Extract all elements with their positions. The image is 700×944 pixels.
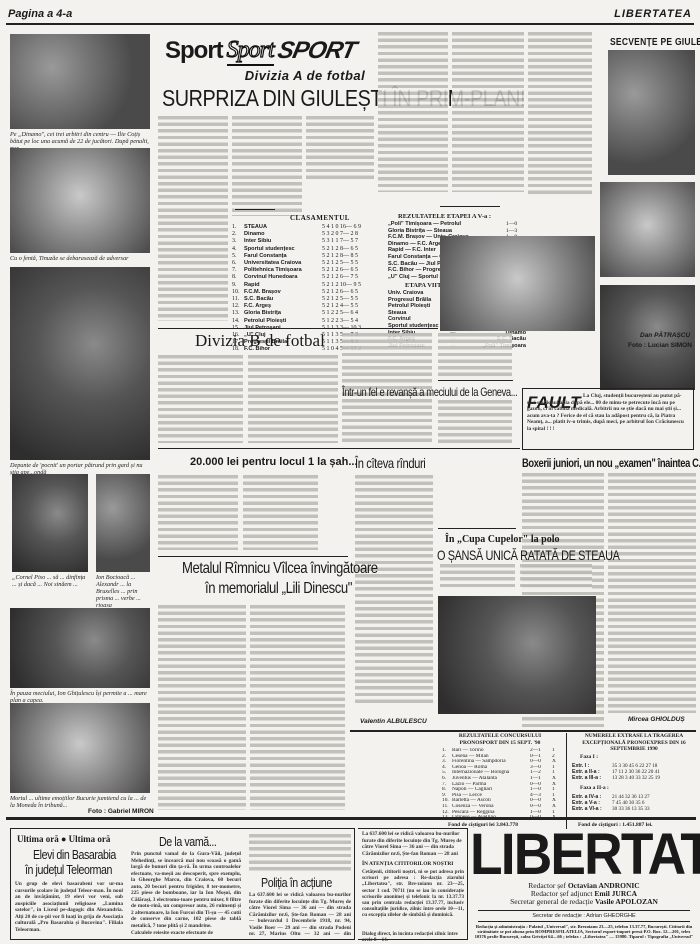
readers-notice-body: Cetățenii, cititorii noștri, ni se pot a…	[362, 869, 464, 919]
pronoexpres-phase-1: Faza I :	[580, 754, 598, 760]
article-text-column	[158, 116, 228, 321]
table-row: 9.Rapid5 2 1 2 10— 9 5	[232, 282, 377, 289]
divider	[350, 730, 696, 732]
article-text-column	[248, 355, 338, 443]
last-hour-headline-line-2: în județul Teleorman	[25, 863, 112, 877]
divider	[158, 448, 520, 449]
divizia-b-headline: Divizia B de fotbal	[195, 331, 325, 351]
article-text-column	[306, 116, 374, 181]
police-body: La 637.600 lei se ridică valoarea bu-nur…	[249, 892, 351, 937]
article-text-column	[438, 333, 512, 378]
basketball-headline-line-1: Metalul Rîmnicu Vîlcea învingătoare	[182, 560, 378, 578]
customs-body-tail: Calculele reiesite exacte efectuate de	[131, 930, 241, 936]
masthead-secretary: Secretar de redacție : Adrian GHEORGHE	[470, 913, 698, 919]
article-author: Dan PĂTRAȘCU	[640, 332, 690, 339]
article-text-column	[438, 400, 512, 445]
photo-caption: În pauza meciului, Ion Ghițulescu își pe…	[10, 690, 150, 704]
photo-portrait-1	[12, 474, 88, 572]
staff-line: Secretar general de redacție Vasile APOL…	[470, 898, 698, 906]
boxing-headline: Boxerii juniori, un nou „examen" înainte…	[522, 456, 700, 470]
article-text-column	[243, 475, 318, 550]
pronosport-table: 1.Bari — Torino2—11 2.Cesena — Milan0—12…	[442, 748, 562, 821]
article-text-column	[378, 32, 448, 192]
photo-credit: Foto : Gabriel MIRON	[88, 808, 154, 815]
table-row: „Poli" Timișoara — Petrolul1—0	[388, 221, 526, 228]
photo-series-title: SECVENȚE PE GIULEȘTI	[610, 37, 700, 48]
masthead-staff: Redactor șef Octavian ANDRONIC Redactor …	[470, 882, 698, 906]
article-text-column	[608, 473, 696, 713]
photo-giulesti-2	[600, 182, 695, 277]
photo-portrait-2	[96, 474, 150, 572]
photo-fence	[10, 267, 150, 460]
short-news-headline: În cîteva rînduri	[355, 455, 425, 471]
basketball-headline-line-2: în memorialul „Lili Dinescu"	[205, 580, 352, 598]
masthead-address: Redacția și administrația : Palatul „Uni…	[472, 924, 696, 940]
table-row: 12.F.C. Argeș5 2 1 2 4— 5 5	[232, 303, 377, 310]
police-body-continued: La 637.600 lei se ridică valoarea bu-nur…	[362, 831, 462, 857]
readers-notice-box: La 637.600 lei se ridică valoarea bu-nur…	[358, 828, 468, 940]
standings-title: CLASAMENTUL	[290, 214, 350, 222]
article-author: Valentin ALBULESCU	[360, 718, 427, 725]
photo-referees	[10, 34, 150, 129]
divider	[478, 921, 690, 922]
running-head-paper-name: LIBERTATEA	[614, 8, 692, 20]
table-row: 7.Politehnica Timișoara5 2 1 2 6— 6 5	[232, 267, 377, 274]
divider	[440, 206, 500, 207]
photo-giulesti-wide	[440, 236, 595, 331]
table-row: 13.Gloria Bistrița5 1 2 2 5— 6 4	[232, 310, 377, 317]
article-text-column	[232, 116, 302, 216]
photo-credit: Foto : Lucian SIMON	[628, 342, 692, 349]
divider	[566, 733, 567, 829]
pronoexpres-phase-2-table: Extr. a IV-a :21 44 32 36 13 27 Extr. a …	[572, 794, 696, 813]
sport-logo-word-3: SPORT	[275, 37, 358, 65]
table-row: Extr. a VI-a :30 33 36 13 35 33	[572, 806, 696, 812]
customs-continuation	[249, 834, 351, 872]
photo-polo	[438, 596, 596, 714]
table-row: 8.Corvinul Hunedoara5 2 1 2 6— 7 5	[232, 274, 377, 281]
masthead-title: LIBERTATEA	[470, 826, 700, 884]
table-row: 2.Dinamo5 3 2 0 7— 2 8	[232, 231, 377, 238]
article-text-column	[158, 355, 243, 443]
article-text-column	[520, 564, 592, 590]
table-row: Gloria Bistrița — Steaua1—3	[388, 228, 526, 235]
table-row: 1.STEAUA5 4 1 0 16— 6 9	[232, 224, 377, 231]
sport-logo-word-2: Sport	[227, 37, 274, 66]
polo-kicker: În „Cupa Cupelor" la polo	[445, 534, 559, 545]
divider	[438, 380, 513, 381]
header-rule	[6, 23, 694, 25]
dinamo-headline: Într-un fel e revanșă a meciului de la G…	[342, 385, 517, 399]
article-text-column	[440, 564, 515, 590]
article-text-column	[158, 475, 238, 550]
results-title: REZULTATELE ETAPEI A V-a :	[398, 213, 491, 220]
article-text-column	[355, 475, 433, 705]
divider	[478, 910, 690, 911]
pronoexpres-phase-2: Faza a II-a :	[580, 785, 609, 791]
pronosport-title: REZULTATELE CONCURSULUI PRONOSPORT DIN 1…	[440, 733, 560, 746]
photo-pause	[10, 608, 150, 688]
photo-fans	[10, 703, 150, 793]
photo-caption: Ion Bocioacă ... Alexandr ... la Bruxell…	[96, 574, 150, 609]
page-number: Pagina a 4-a	[8, 8, 72, 20]
table-row: 10.F.C.M. Brașov5 2 1 2 6— 6 5	[232, 289, 377, 296]
customs-body: Prin punctul vamal de la Gura-Văii, jude…	[131, 851, 241, 929]
article-text-column	[452, 32, 524, 192]
article-text-column	[250, 605, 345, 810]
article-text-column	[528, 32, 592, 197]
table-row: 5.Farul Constanța5 2 1 2 8— 8 5	[232, 253, 377, 260]
last-hour-headline-line-1: Elevi din Basarabia	[33, 848, 116, 862]
photo-caption: „Cornel Piso ... să ... dinfința ... și …	[12, 574, 88, 588]
table-row: 3.Inter Sibiu5 3 1 1 7— 5 7	[232, 238, 377, 245]
divider	[235, 209, 275, 210]
pronoexpres-phase-1-table: Extr. I :35 3 30 45 6 22 27 18 Extr. a I…	[572, 763, 696, 782]
table-row: 14.Petrolul Ploiești5 1 2 2 3— 5 4	[232, 318, 377, 325]
pronoexpres-title: NUMERELE EXTRASE LA TRAGEREA EXCEPȚIONAL…	[572, 733, 696, 753]
photo-player-feint	[10, 148, 150, 253]
photo-giulesti-1	[608, 50, 695, 175]
fault-text: La Cluj, studenții bucureșteni au putut …	[527, 393, 689, 433]
table-row: 4.Sportul studențesc5 2 1 2 8— 6 5	[232, 246, 377, 253]
last-hour-box: Ultima oră ● Ultima oră Elevi din Basara…	[10, 828, 355, 940]
divider	[158, 556, 348, 557]
readers-notice-title: ÎN ATENȚIA CITITORILOR NOȘTRI	[362, 861, 466, 867]
customs-headline: De la vamă...	[159, 834, 216, 849]
bottom-section-rule	[6, 817, 696, 820]
article-author: Mircea GHIOLDUȘ	[628, 716, 685, 723]
divider	[438, 528, 516, 529]
table-row: 6.Universitatea Craiova5 2 1 2 5— 5 5	[232, 260, 377, 267]
last-hour-body: Un grup de elevi basarabeni vor ur-ma cu…	[15, 881, 123, 933]
readers-notice-tail: Dialog direct, în incinta redacției ziln…	[362, 931, 464, 943]
article-text-column	[158, 605, 246, 810]
table-row: Extr. a III-a :13 28 3 40 33 32 25 19	[572, 775, 696, 781]
police-headline: Poliția în acțiune	[261, 875, 332, 890]
photo-caption: Mortul ... ultime emoțiilor Bucurie jumi…	[10, 795, 150, 809]
table-row: 11.S.C. Bacău5 2 1 2 5— 5 5	[232, 296, 377, 303]
divider	[158, 328, 438, 329]
chess-headline: 20.000 lei pentru locul 1 la șah...	[190, 456, 358, 468]
sport-logo-word-1: Sport	[165, 37, 223, 65]
fault-box: FAULT La Cluj, studenții bucureșteni au …	[522, 388, 694, 450]
polo-headline: O ȘANSĂ UNICĂ RATATĂ DE STEAUA	[437, 547, 619, 563]
photo-caption: Cu o fentă, Tinuzăe se debarasează de ad…	[10, 255, 150, 262]
last-hour-banner: Ultima oră ● Ultima oră	[17, 834, 110, 844]
